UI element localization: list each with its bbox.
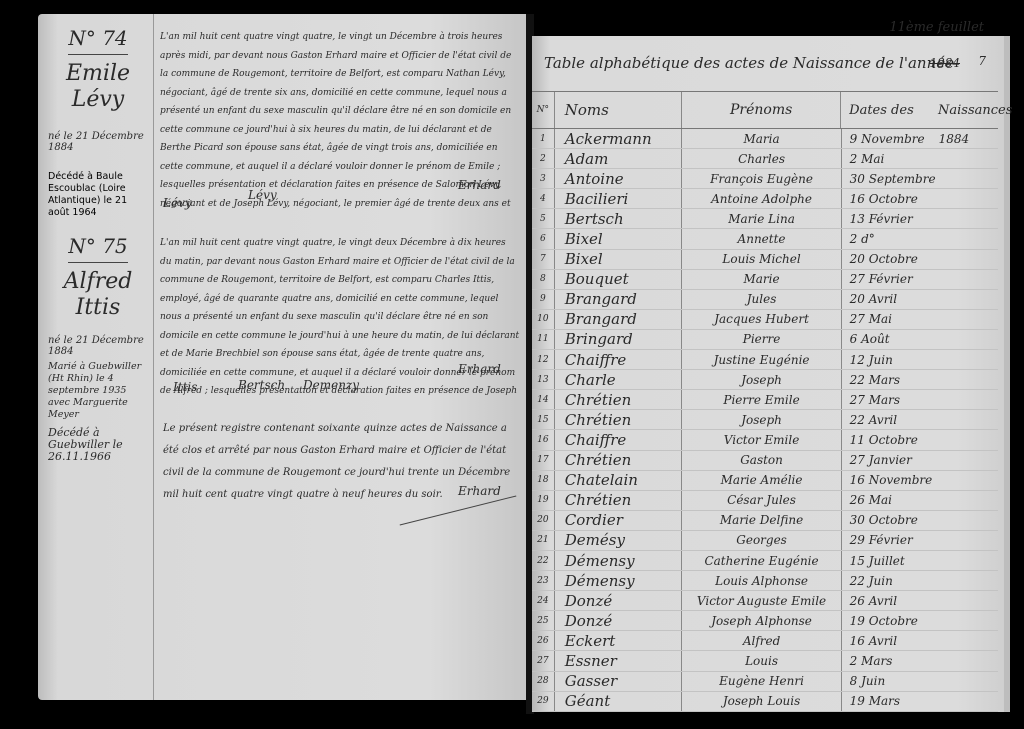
row-surname: Chrétien (555, 451, 683, 470)
row-surname: Adam (555, 149, 683, 168)
row-number: 28 (532, 672, 555, 691)
table-row: 14ChrétienPierre Emile27 Mars (532, 390, 998, 410)
signature: Erhard (458, 362, 501, 376)
row-given-names: Joseph Louis (682, 692, 841, 711)
row-surname: Donzé (555, 591, 683, 610)
row-surname: Bringard (555, 330, 683, 349)
row-number: 1 (532, 129, 555, 148)
row-birth-date: 16 Novembre (842, 473, 939, 487)
row-birth-date: 2 d° (842, 232, 939, 246)
record-birth-date: né le 21 Décembre 1884 (48, 335, 148, 357)
row-given-names: Jules (682, 290, 841, 309)
row-number: 20 (532, 511, 555, 530)
left-page: N° 74 Emile Lévy né le 21 Décembre 1884 … (38, 14, 526, 700)
row-given-names: Marie Lina (682, 209, 841, 228)
row-birth-date: 22 Avril (842, 413, 939, 427)
row-number: 26 (532, 631, 555, 650)
table-row: 25DonzéJoseph Alphonse19 Octobre (532, 611, 998, 631)
row-number: 22 (532, 551, 555, 570)
row-surname: Bixel (555, 250, 683, 269)
row-birth-date: 26 Mai (842, 493, 939, 507)
record-death-note: Décédé à Guebwiller le 26.11.1966 (48, 427, 148, 463)
row-number: 27 (532, 651, 555, 670)
row-birth-date: 30 Septembre (842, 172, 939, 186)
col-noms: Noms (555, 92, 682, 128)
table-row: 17ChrétienGaston27 Janvier (532, 451, 998, 471)
folio-label: 11ème feuillet (889, 20, 984, 35)
row-birth-date: 2 Mai (842, 152, 939, 166)
row-surname: Donzé (555, 611, 683, 630)
row-surname: Bixel (555, 229, 683, 248)
row-surname: Brangard (555, 310, 683, 329)
row-given-names: Victor Emile (682, 430, 841, 449)
table-row: 1AckermannMaria9 Novembre1884 (532, 129, 998, 149)
table-row: 23DémensyLouis Alphonse22 Juin (532, 571, 998, 591)
table-row: 6BixelAnnette2 d° (532, 229, 998, 249)
row-surname: Chrétien (555, 410, 683, 429)
record-75-margin: N° 75 Alfred Ittis né le 21 Décembre 188… (48, 234, 148, 463)
row-number: 15 (532, 410, 555, 429)
row-surname: Bertsch (555, 209, 683, 228)
table-row: 12ChaiffreJustine Eugénie12 Juin (532, 350, 998, 370)
row-surname: Charle (555, 370, 683, 389)
row-given-names: Maria (682, 129, 841, 148)
col-dates: Dates des (841, 103, 938, 118)
index-year: 1884 (929, 56, 960, 70)
row-number: 19 (532, 491, 555, 510)
row-surname: Gasser (555, 672, 683, 691)
table-row: 26EckertAlfred16 Avril (532, 631, 998, 651)
row-number: 24 (532, 591, 555, 610)
record-birth-date: né le 21 Décembre 1884 (48, 131, 148, 153)
col-naissances: Naissances (938, 103, 998, 118)
row-surname: Géant (555, 692, 683, 711)
table-row: 24DonzéVictor Auguste Emile26 Avril (532, 591, 998, 611)
row-surname: Antoine (555, 169, 683, 188)
table-row: 20CordierMarie Delfine30 Octobre (532, 511, 998, 531)
row-surname: Chaiffre (555, 350, 683, 369)
row-given-names: François Eugène (682, 169, 841, 188)
signature: Bertsch (238, 378, 285, 392)
row-surname: Chrétien (555, 390, 683, 409)
row-birth-date: 9 Novembre (842, 132, 939, 146)
row-birth-date: 13 Février (842, 212, 939, 226)
row-given-names: Catherine Eugénie (682, 551, 841, 570)
row-given-names: Joseph Alphonse (682, 611, 841, 630)
row-given-names: Georges (682, 531, 841, 550)
row-given-names: Pierre (682, 330, 841, 349)
row-number: 7 (532, 250, 555, 269)
row-surname: Brangard (555, 290, 683, 309)
row-surname: Démensy (555, 551, 683, 570)
table-row: 27EssnerLouis2 Mars (532, 651, 998, 671)
record-surname: Ittis (48, 295, 148, 321)
table-row: 4BacilieriAntoine Adolphe16 Octobre (532, 189, 998, 209)
row-given-names: Jacques Hubert (682, 310, 841, 329)
row-number: 25 (532, 611, 555, 630)
table-row: 15ChrétienJoseph22 Avril (532, 410, 998, 430)
signature: Ittis (173, 380, 197, 394)
row-surname: Ackermann (555, 129, 683, 148)
table-row: 11BringardPierre6 Août (532, 330, 998, 350)
row-given-names: Louis (682, 651, 841, 670)
row-given-names: Louis Alphonse (682, 571, 841, 590)
row-surname: Bouquet (555, 270, 683, 289)
row-birth-date: 20 Avril (842, 292, 939, 306)
row-given-names: Pierre Emile (682, 390, 841, 409)
record-74-margin: N° 74 Emile Lévy né le 21 Décembre 1884 … (48, 26, 148, 219)
row-birth-date: 27 Février (842, 272, 939, 286)
row-given-names: Annette (682, 229, 841, 248)
table-row: 9BrangardJules20 Avril (532, 290, 998, 310)
row-birth-date: 19 Mars (842, 694, 939, 708)
row-number: 9 (532, 290, 555, 309)
row-surname: Essner (555, 651, 683, 670)
row-number: 10 (532, 310, 555, 329)
row-given-names: Antoine Adolphe (682, 189, 841, 208)
row-birth-date: 27 Janvier (842, 453, 939, 467)
row-birth-date: 15 Juillet (842, 554, 939, 568)
row-surname: Chaiffre (555, 430, 683, 449)
table-row: 13CharleJoseph22 Mars (532, 370, 998, 390)
row-given-names: Charles (682, 149, 841, 168)
table-row: 7BixelLouis Michel20 Octobre (532, 250, 998, 270)
row-birth-date: 8 Juin (842, 674, 939, 688)
row-given-names: Eugène Henri (682, 672, 841, 691)
table-row: 28GasserEugène Henri8 Juin (532, 672, 998, 692)
table-row: 10BrangardJacques Hubert27 Mai (532, 310, 998, 330)
row-given-names: Victor Auguste Emile (682, 591, 841, 610)
row-surname: Chrétien (555, 491, 683, 510)
table-row: 29GéantJoseph Louis19 Mars (532, 692, 998, 712)
row-given-names: Gaston (682, 451, 841, 470)
row-number: 23 (532, 571, 555, 590)
table-header: N° Noms Prénoms Dates des Naissances (532, 91, 998, 129)
table-body: 1AckermannMaria9 Novembre18842AdamCharle… (532, 129, 998, 712)
signature: Lévy (248, 188, 277, 202)
index-title: Table alphabétique des actes de Naissanc… (544, 54, 954, 72)
row-birth-date: 11 Octobre (842, 433, 939, 447)
row-number: 18 (532, 471, 555, 490)
row-birth-date: 2 Mars (842, 654, 939, 668)
row-number: 13 (532, 370, 555, 389)
table-row: 8BouquetMarie27 Février (532, 270, 998, 290)
row-birth-date: 12 Juin (842, 353, 939, 367)
row-birth-date: 30 Octobre (842, 513, 939, 527)
row-surname: Bacilieri (555, 189, 683, 208)
row-number: 17 (532, 451, 555, 470)
row-given-names: Marie Amélie (682, 471, 841, 490)
table-row: 19ChrétienCésar Jules26 Mai (532, 491, 998, 511)
row-number: 14 (532, 390, 555, 409)
row-birth-date: 22 Mars (842, 373, 939, 387)
signature: Lévy (163, 196, 192, 210)
row-number: 6 (532, 229, 555, 248)
row-number: 2 (532, 149, 555, 168)
register-book: N° 74 Emile Lévy né le 21 Décembre 1884 … (30, 14, 1020, 714)
table-row: 21DemésyGeorges29 Février (532, 531, 998, 551)
row-number: 8 (532, 270, 555, 289)
row-given-names: Louis Michel (682, 250, 841, 269)
closing-signature: Erhard (458, 484, 501, 498)
signature: Demenzy (303, 378, 359, 392)
row-birth-date: 27 Mars (842, 393, 939, 407)
right-page: 11ème feuillet Table alphabétique des ac… (532, 36, 1010, 712)
table-row: 16ChaiffreVictor Emile11 Octobre (532, 430, 998, 450)
table-row: 18ChatelainMarie Amélie16 Novembre (532, 471, 998, 491)
margin-rule (153, 14, 154, 700)
table-row: 2AdamCharles2 Mai (532, 149, 998, 169)
row-given-names: Justine Eugénie (682, 350, 841, 369)
row-number: 11 (532, 330, 555, 349)
record-given-name: Alfred (48, 269, 148, 295)
row-number: 5 (532, 209, 555, 228)
row-surname: Eckert (555, 631, 683, 650)
record-surname: Lévy (48, 87, 148, 113)
record-marriage-note: Marié à Guebwiller (Ht Rhin) le 4 septem… (48, 361, 148, 421)
col-prenoms: Prénoms (682, 92, 841, 128)
row-birth-date: 16 Avril (842, 634, 939, 648)
record-number: N° 75 (48, 234, 148, 258)
row-birth-date: 29 Février (842, 533, 939, 547)
row-surname: Demésy (555, 531, 683, 550)
row-given-names: Marie Delfine (682, 511, 841, 530)
row-birth-date: 6 Août (842, 332, 939, 346)
row-number: 3 (532, 169, 555, 188)
row-number: 4 (532, 189, 555, 208)
row-surname: Démensy (555, 571, 683, 590)
row-given-names: Alfred (682, 631, 841, 650)
row-number: 21 (532, 531, 555, 550)
row-surname: Cordier (555, 511, 683, 530)
row-birth-date: 20 Octobre (842, 252, 939, 266)
row-number: 16 (532, 430, 555, 449)
record-number: N° 74 (48, 26, 148, 50)
row-birth-date: 19 Octobre (842, 614, 939, 628)
index-table: N° Noms Prénoms Dates des Naissances 1Ac… (532, 91, 998, 712)
row-birth-date: 16 Octobre (842, 192, 939, 206)
row-surname: Chatelain (555, 471, 683, 490)
row-given-names: César Jules (682, 491, 841, 510)
record-given-name: Emile (48, 61, 148, 87)
table-row: 3AntoineFrançois Eugène30 Septembre (532, 169, 998, 189)
row-number: 12 (532, 350, 555, 369)
table-row: 5BertschMarie Lina13 Février (532, 209, 998, 229)
col-no: N° (532, 92, 555, 128)
page-mark: 7 (978, 54, 986, 68)
row-birth-date: 27 Mai (842, 312, 939, 326)
signature: Erhard (458, 178, 501, 192)
row-given-names: Joseph (682, 410, 841, 429)
row-birth-date: 22 Juin (842, 574, 939, 588)
table-row: 22DémensyCatherine Eugénie15 Juillet (532, 551, 998, 571)
row-number: 29 (532, 692, 555, 711)
row-given-names: Marie (682, 270, 841, 289)
row-birth-date: 26 Avril (842, 594, 939, 608)
row-given-names: Joseph (682, 370, 841, 389)
row-year: 1884 (939, 132, 998, 146)
record-death-note: Décédé à Baule Escoublac (Loire Atlantiq… (48, 171, 148, 219)
